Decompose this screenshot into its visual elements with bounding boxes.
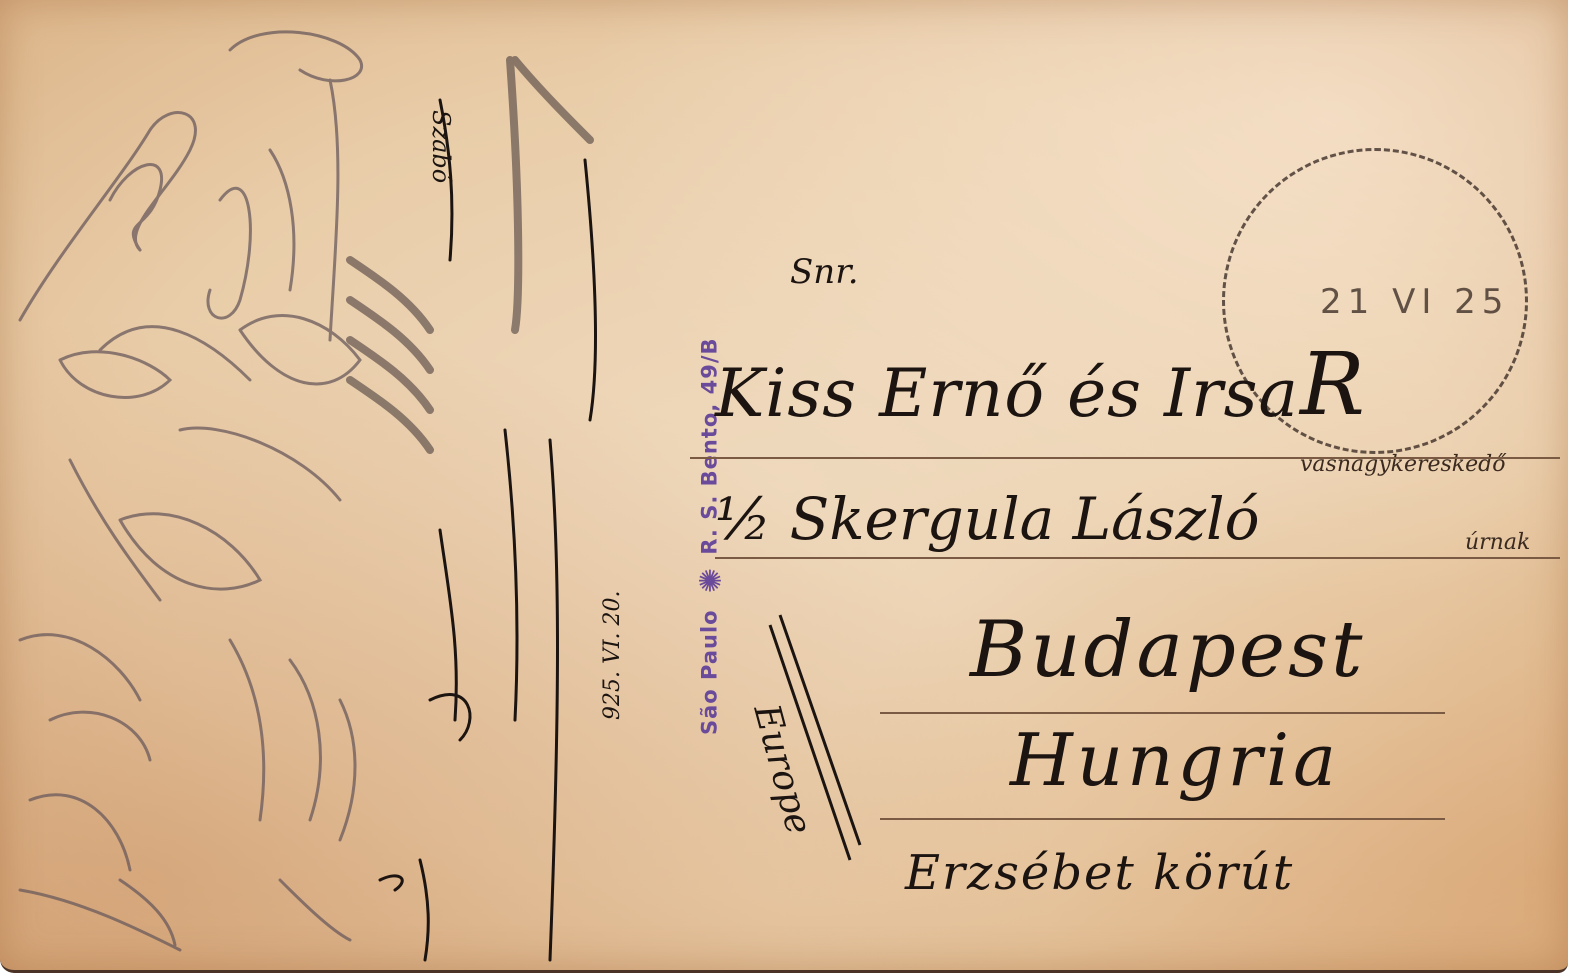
address-care-of: ½ Skergula László [715, 485, 1260, 553]
address-rule-3 [880, 712, 1445, 714]
address-care-of-note: úrnak [1465, 530, 1530, 555]
postcard: Szabó 925. VI. 20. São Paulo ✺ R. S. Ben… [0, 0, 1568, 973]
sunburst-icon: ✺ [697, 565, 723, 600]
address-salutation: Snr. [790, 252, 859, 292]
handwritten-signature: Szabó [427, 110, 455, 183]
address-city: Budapest [970, 605, 1365, 695]
address-street: Erzsébet körút [905, 845, 1294, 901]
address-recipient: Kiss Ernő és Irsa [715, 355, 1299, 432]
address-recipient-note: vasnagykereskedő [1300, 452, 1506, 477]
address-rule-2 [715, 557, 1560, 559]
address-rule-4 [880, 818, 1445, 820]
address-rule-1 [690, 457, 1560, 459]
address-country: Hungria [1010, 718, 1340, 802]
stamp-city: São Paulo [698, 609, 722, 735]
postmark-date: 21 VI 25 [1320, 282, 1509, 322]
postmark-handwritten-mark: R [1300, 335, 1365, 435]
message-date: 925. VI. 20. [600, 590, 625, 720]
pencil-signatures [0, 0, 700, 970]
